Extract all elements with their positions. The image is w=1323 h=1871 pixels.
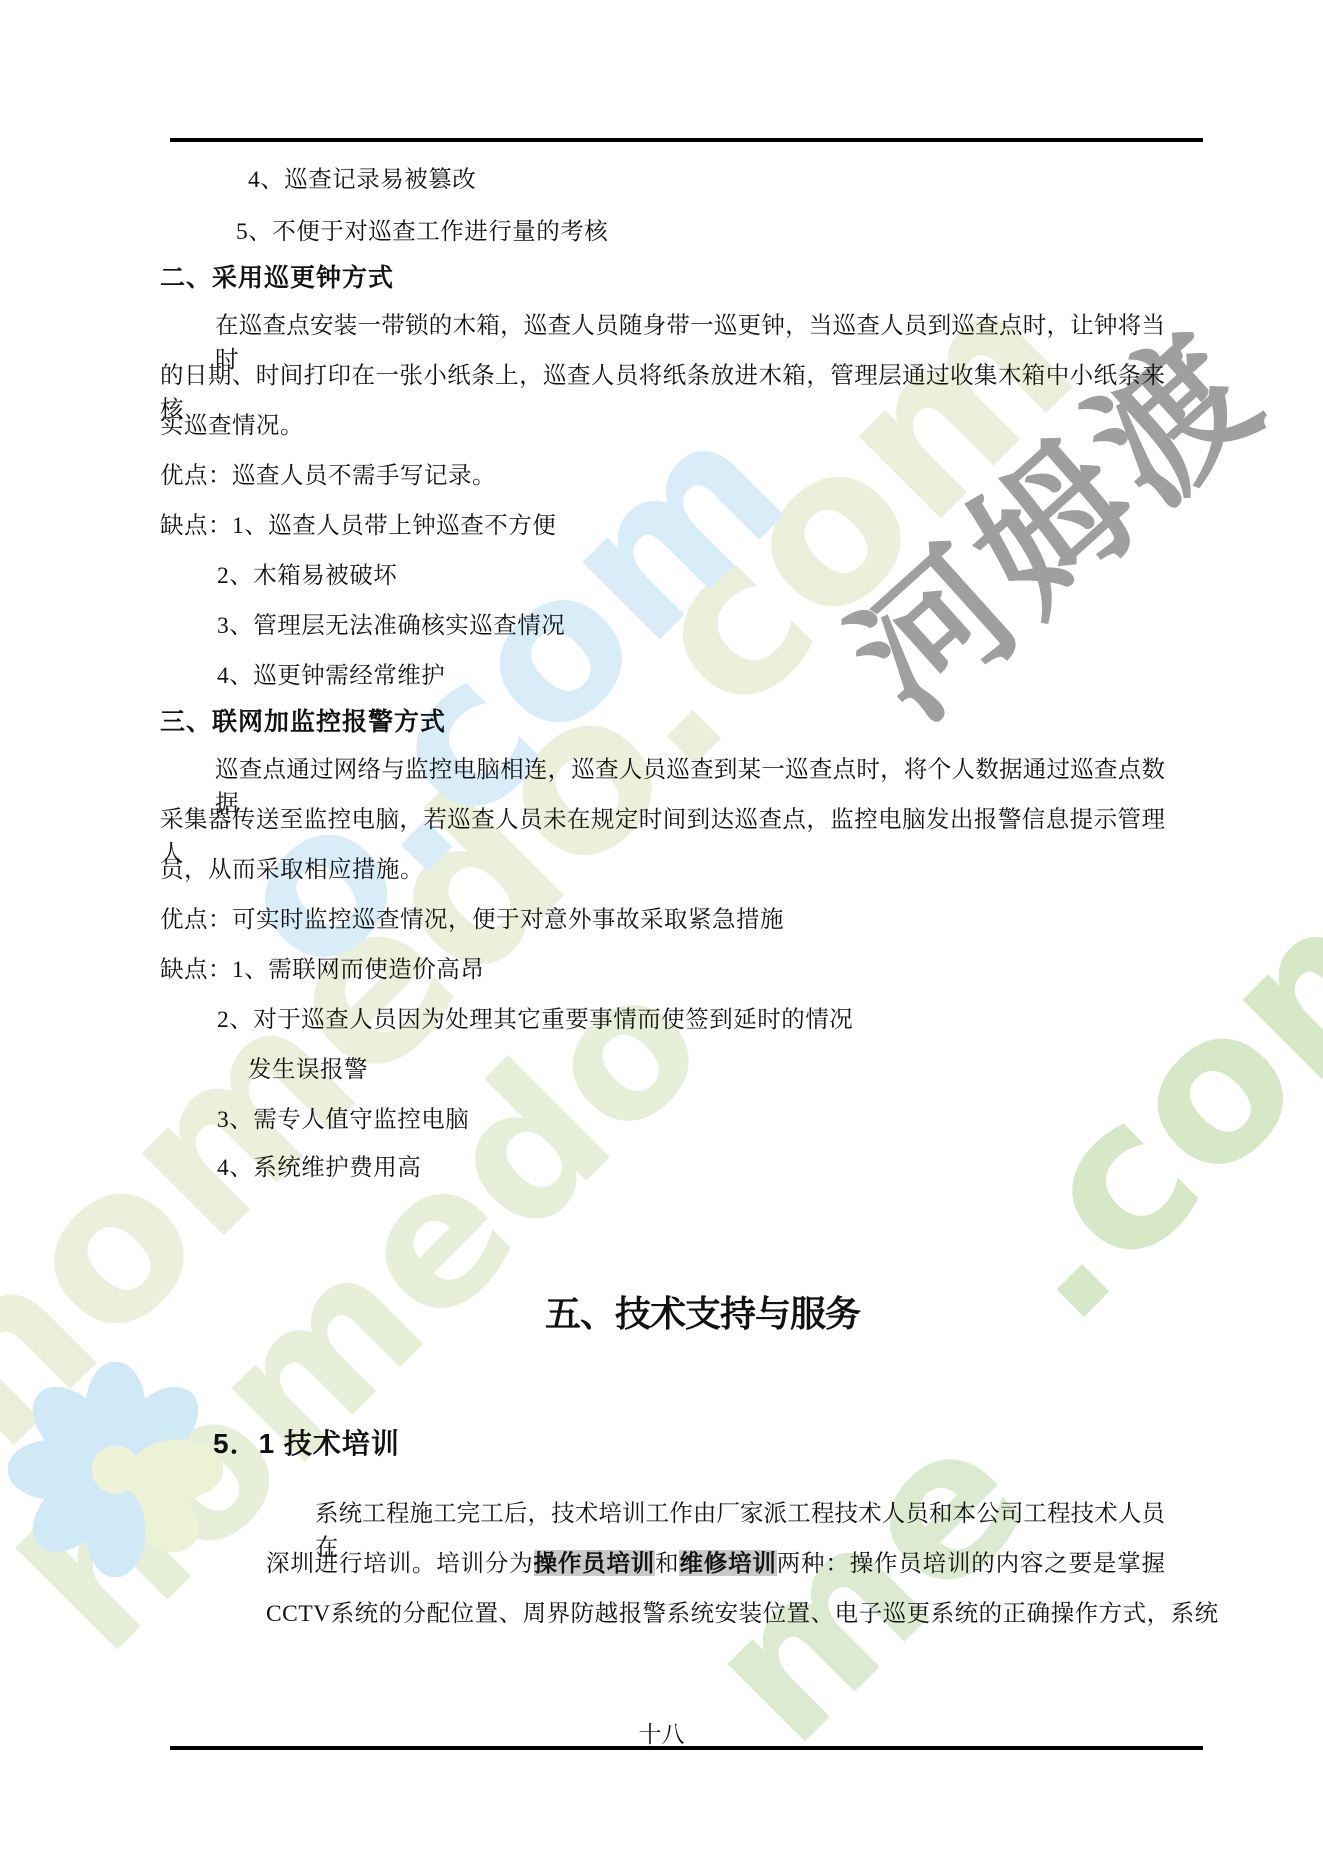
flower-logo <box>8 1362 223 1577</box>
cons-line: 2、对于巡查人员因为处理其它重要事情而使签到延时的情况 <box>217 1000 853 1034</box>
page-number: 十八 <box>0 1716 1323 1749</box>
list-item: 4、巡查记录易被篡改 <box>248 160 476 194</box>
paragraph-line-highlighted: 深圳进行培训。培训分为操作员培训和维修培训两种：操作员培训的内容之要是掌握 <box>266 1544 1165 1578</box>
paragraph-line: 的日期、时间打印在一张小纸条上，巡查人员将纸条放进木箱，管理层通过收集木箱中小纸… <box>160 356 1165 424</box>
paragraph-segment: 深圳进行培训。培训分为 <box>266 1551 534 1577</box>
cons-line: 3、需专人值守监控电脑 <box>217 1100 469 1134</box>
cons-line: 2、木箱易被破坏 <box>217 556 397 590</box>
paragraph-segment: 和 <box>655 1551 679 1577</box>
cons-line: 4、巡更钟需经常维护 <box>217 656 445 690</box>
paragraph-segment: 两种：操作员培训的内容之要是掌握 <box>777 1551 1165 1577</box>
paragraph-line: 员，从而采取相应措施。 <box>160 850 424 884</box>
section-heading-3: 三、联网加监控报警方式 <box>160 702 446 738</box>
paragraph-line: 实巡查情况。 <box>160 406 304 440</box>
list-item: 5、不便于对巡查工作进行量的考核 <box>236 212 608 246</box>
pros-line: 优点：巡查人员不需手写记录。 <box>160 456 496 490</box>
watermark-com-right: .com <box>948 818 1323 1355</box>
header-rule <box>170 138 1203 142</box>
section-heading-2: 二、采用巡更钟方式 <box>160 258 394 294</box>
chapter-heading: 五、技术支持与服务 <box>545 1286 860 1337</box>
cons-line-continuation: 发生误报警 <box>248 1050 368 1084</box>
document-page: homedo.com homedo me o.com .com 河姆渡 4、巡查… <box>0 0 1323 1871</box>
highlight-operator-training: 操作员培训 <box>534 1550 656 1576</box>
pros-line: 优点：可实时监控巡查情况，便于对意外事故采取紧急措施 <box>160 900 784 934</box>
cons-line: 4、系统维护费用高 <box>217 1148 421 1182</box>
cons-line: 缺点：1、需联网而使造价高昂 <box>160 950 484 984</box>
paragraph-line: CCTV系统的分配位置、周界防越报警系统安装位置、电子巡更系统的正确操作方式，系… <box>266 1594 1219 1628</box>
cons-line: 缺点：1、巡查人员带上钟巡查不方便 <box>160 506 556 540</box>
subsection-heading: 5．1 技术培训 <box>213 1422 400 1462</box>
highlight-maintenance-training: 维修培训 <box>679 1550 776 1576</box>
cons-line: 3、管理层无法准确核实巡查情况 <box>217 606 565 640</box>
